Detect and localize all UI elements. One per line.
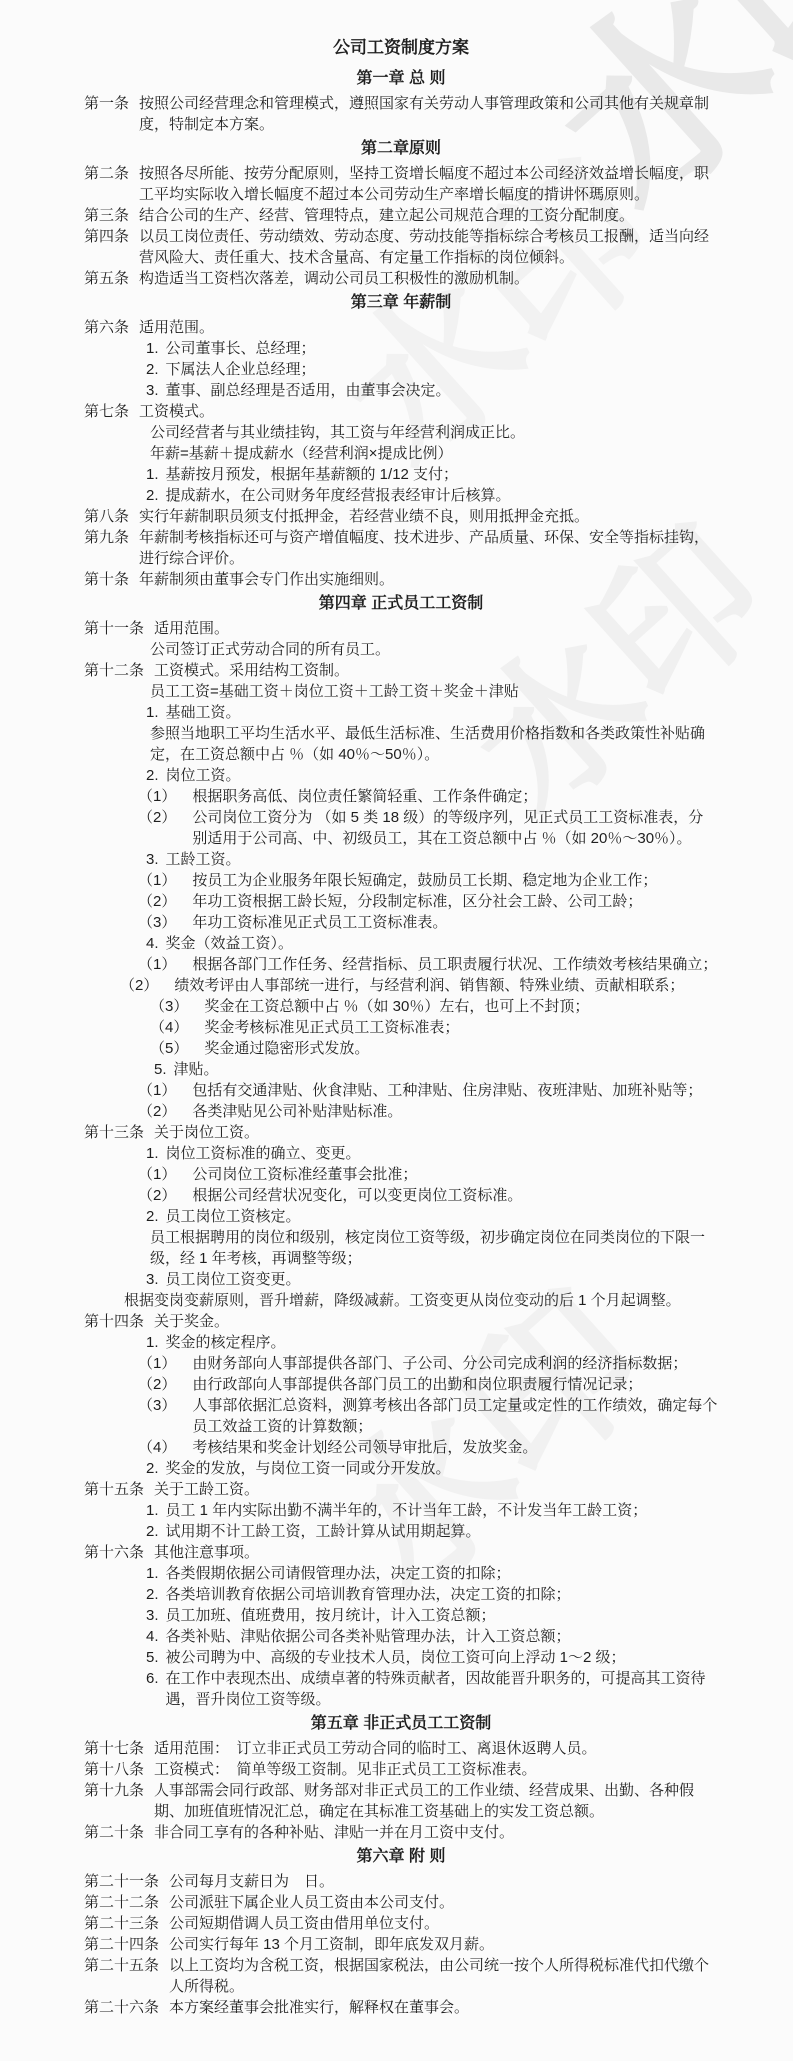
item-marker: （3）	[138, 1395, 176, 1416]
list-item: 2.各类培训教育依据公司培训教育管理办法，决定工资的扣除；	[146, 1584, 718, 1605]
article-label: 第七条	[84, 401, 129, 422]
item-marker: 2.	[146, 485, 159, 506]
article-text: 构造适当工资档次落差，调动公司员工积极性的激励机制。	[139, 268, 718, 289]
item-marker: 5.	[146, 1647, 159, 1668]
list-item: 公司签订正式劳动合同的所有员工。	[150, 639, 718, 660]
item-marker: （2）	[138, 1374, 176, 1395]
article-label: 第二十三条	[84, 1913, 159, 1934]
item-marker: （5）	[150, 1038, 188, 1059]
item-marker: 2.	[146, 1206, 159, 1227]
article-paragraph: 第三条结合公司的生产、经营、管理特点，建立起公司规范合理的工资分配制度。	[84, 205, 718, 226]
item-marker: 2.	[146, 1521, 159, 1542]
item-text: 下属法人企业总经理；	[166, 359, 718, 380]
article-label: 第十四条	[84, 1311, 144, 1332]
list-item: 2.奖金的发放，与岗位工资一同或分开发放。	[146, 1458, 718, 1479]
list-item: 员工工资=基础工资＋岗位工资＋工龄工资＋奖金＋津贴	[150, 681, 718, 702]
article-paragraph: 第八条实行年薪制职员须支付抵押金，若经营业绩不良，则用抵押金充抵。	[84, 506, 718, 527]
list-item: 5.津贴。	[154, 1059, 718, 1080]
list-item: 员工根据聘用的岗位和级别，核定岗位工资等级，初步确定岗位在同类岗位的下限一级，经…	[150, 1227, 718, 1269]
article-text: 年薪制须由董事会专门作出实施细则。	[139, 569, 718, 590]
article-paragraph: 第六条适用范围。	[84, 317, 718, 338]
item-text: 员工岗位工资变更。	[166, 1269, 718, 1290]
article-paragraph: 第一条按照公司经营理念和管理模式，遵照国家有关劳动人事管理政策和公司其他有关规章…	[84, 93, 718, 135]
list-item: 1.各类假期依据公司请假管理办法，决定工资的扣除；	[146, 1563, 718, 1584]
item-text: 奖金考核标准见正式员工工资标准表；	[204, 1017, 718, 1038]
article-paragraph: 第十五条关于工龄工资。	[84, 1479, 718, 1500]
item-text: 提成薪水，在公司财务年度经营报表经审计后核算。	[166, 485, 718, 506]
list-item: （2）由行政部向人事部提供各部门员工的出勤和岗位职责履行情况记录；	[138, 1374, 718, 1395]
item-marker: 1.	[146, 464, 159, 485]
article-paragraph: 第十八条工资模式： 简单等级工资制。见非正式员工工资标准表。	[84, 1759, 718, 1780]
article-text: 公司短期借调人员工资由借用单位支付。	[169, 1913, 718, 1934]
article-text: 工资模式： 简单等级工资制。见非正式员工工资标准表。	[154, 1759, 718, 1780]
list-item: 公司经营者与其业绩挂钩，其工资与年经营利润成正比。	[150, 422, 718, 443]
item-text: 各类补贴、津贴依据公司各类补贴管理办法，计入工资总额；	[166, 1626, 718, 1647]
item-marker: 5.	[154, 1059, 167, 1080]
list-item: 年薪=基薪＋提成薪水（经营利润×提成比例）	[150, 443, 718, 464]
item-text: 包括有交通津贴、伙食津贴、工种津贴、住房津贴、夜班津贴、加班补贴等；	[192, 1080, 718, 1101]
item-marker: 2.	[146, 1584, 159, 1605]
item-text: 根据职务高低、岗位责任繁简轻重、工作条件确定；	[192, 786, 718, 807]
article-label: 第一条	[84, 93, 129, 114]
list-item: 2.岗位工资。	[146, 765, 718, 786]
item-text: 奖金的发放，与岗位工资一同或分开发放。	[166, 1458, 718, 1479]
article-paragraph: 第十四条关于奖金。	[84, 1311, 718, 1332]
item-text: 年功工资标准见正式员工工资标准表。	[192, 912, 718, 933]
list-item: 2.下属法人企业总经理；	[146, 359, 718, 380]
list-item: 5.被公司聘为中、高级的专业技术人员，岗位工资可向上浮动 1～2 级；	[146, 1647, 718, 1668]
article-paragraph: 第十一条适用范围。	[84, 618, 718, 639]
item-text: 基薪按月预发，根据年基薪额的 1/12 支付；	[166, 464, 718, 485]
article-label: 第二十条	[84, 1822, 144, 1843]
article-label: 第二十二条	[84, 1892, 159, 1913]
article-paragraph: 第二十条非合同工享有的各种补贴、津贴一并在月工资中支付。	[84, 1822, 718, 1843]
list-item: （1）按员工为企业服务年限长短确定，鼓励员工长期、稳定地为企业工作；	[138, 870, 718, 891]
item-text: 岗位工资标准的确立、变更。	[166, 1143, 718, 1164]
list-item: 1.奖金的核定程序。	[146, 1332, 718, 1353]
item-text: 绩效考评由人事部统一进行，与经营利润、销售额、特殊业绩、贡献相联系；	[174, 975, 718, 996]
item-text: 考核结果和奖金计划经公司领导审批后，发放奖金。	[192, 1437, 718, 1458]
document-body: 公司工资制度方案 第一章 总 则第一条按照公司经营理念和管理模式，遵照国家有关劳…	[84, 36, 718, 2018]
list-item: （1）根据职务高低、岗位责任繁简轻重、工作条件确定；	[138, 786, 718, 807]
list-item: （1）由财务部向人事部提供各部门、子公司、分公司完成利润的经济指标数据；	[138, 1353, 718, 1374]
article-text: 公司每月支薪日为 日。	[169, 1871, 718, 1892]
item-marker: （4）	[150, 1017, 188, 1038]
item-marker: 1.	[146, 702, 159, 723]
item-text: 津贴。	[174, 1059, 718, 1080]
article-paragraph: 第五条构造适当工资档次落差，调动公司员工积极性的激励机制。	[84, 268, 718, 289]
article-text: 关于工龄工资。	[154, 1479, 718, 1500]
article-paragraph: 第七条工资模式。	[84, 401, 718, 422]
article-text: 以上工资均为含税工资，根据国家税法，由公司统一按个人所得税标准代扣代缴个人所得税…	[169, 1955, 718, 1997]
article-label: 第六条	[84, 317, 129, 338]
article-label: 第十七条	[84, 1738, 144, 1759]
item-marker: （2）	[138, 1185, 176, 1206]
list-item: 4.奖金（效益工资）。	[146, 933, 718, 954]
document-title: 公司工资制度方案	[84, 36, 718, 60]
item-text: 基础工资。	[166, 702, 718, 723]
article-label: 第十九条	[84, 1780, 144, 1801]
article-text: 年薪制考核指标还可与资产增值幅度、技术进步、产品质量、环保、安全等指标挂钩，进行…	[139, 527, 718, 569]
list-item: （4）奖金考核标准见正式员工工资标准表；	[150, 1017, 718, 1038]
list-item: （1）根据各部门工作任务、经营指标、员工职责履行状况、工作绩效考核结果确立；	[138, 954, 718, 975]
chapter-heading: 第六章 附 则	[84, 1846, 718, 1868]
list-item: 1.基础工资。	[146, 702, 718, 723]
item-marker: 3.	[146, 849, 159, 870]
list-item: （1）包括有交通津贴、伙食津贴、工种津贴、住房津贴、夜班津贴、加班补贴等；	[138, 1080, 718, 1101]
list-item: （3）奖金在工资总额中占 ％（如 30％）左右，也可上不封顶；	[150, 996, 718, 1017]
list-item: （2）各类津贴见公司补贴津贴标准。	[138, 1101, 718, 1122]
list-item: 3.董事、副总经理是否适用，由董事会决定。	[146, 380, 718, 401]
article-label: 第四条	[84, 226, 129, 247]
item-marker: 3.	[146, 380, 159, 401]
item-marker: 2.	[146, 359, 159, 380]
article-text: 按照各尽所能、按劳分配原则，坚持工资增长幅度不超过本公司经济效益增长幅度，职工平…	[139, 163, 718, 205]
item-marker: 1.	[146, 1563, 159, 1584]
article-label: 第十一条	[84, 618, 144, 639]
item-text: 由财务部向人事部提供各部门、子公司、分公司完成利润的经济指标数据；	[192, 1353, 718, 1374]
item-text: 董事、副总经理是否适用，由董事会决定。	[166, 380, 718, 401]
item-marker: 1.	[146, 1500, 159, 1521]
item-marker: 3.	[146, 1605, 159, 1626]
item-marker: （1）	[138, 870, 176, 891]
list-item: 2.试用期不计工龄工资，工龄计算从试用期起算。	[146, 1521, 718, 1542]
article-paragraph: 第二十三条公司短期借调人员工资由借用单位支付。	[84, 1913, 718, 1934]
article-label: 第十条	[84, 569, 129, 590]
item-marker: （2）	[138, 807, 176, 828]
item-text: 人事部依据汇总资料，测算考核出各部门员工定量或定性的工作绩效，确定每个员工效益工…	[192, 1395, 718, 1437]
list-item: （2）公司岗位工资分为 （如 5 类 18 级）的等级序列，见正式员工工资标准表…	[138, 807, 718, 849]
list-item: 6.在工作中表现杰出、成绩卓著的特殊贡献者，因故能晋升职务的，可提高其工资待遇，…	[146, 1668, 718, 1710]
item-marker: （3）	[138, 912, 176, 933]
article-label: 第五条	[84, 268, 129, 289]
item-marker: （4）	[138, 1437, 176, 1458]
item-text: 各类培训教育依据公司培训教育管理办法，决定工资的扣除；	[166, 1584, 718, 1605]
list-item: 1.公司董事长、总经理；	[146, 338, 718, 359]
item-marker: （3）	[150, 996, 188, 1017]
article-label: 第十三条	[84, 1122, 144, 1143]
list-item: （2）年功工资根据工龄长短，分段制定标准，区分社会工龄、公司工龄；	[138, 891, 718, 912]
article-paragraph: 第二十四条公司实行每年 13 个月工资制，即年底发双月薪。	[84, 1934, 718, 1955]
article-paragraph: 第二十六条本方案经董事会批准实行，解释权在董事会。	[84, 1997, 718, 2018]
article-text: 适用范围： 订立非正式员工劳动合同的临时工、离退休返聘人员。	[154, 1738, 718, 1759]
item-marker: 3.	[146, 1269, 159, 1290]
article-text: 结合公司的生产、经营、管理特点，建立起公司规范合理的工资分配制度。	[139, 205, 718, 226]
item-text: 奖金的核定程序。	[166, 1332, 718, 1353]
item-marker: 1.	[146, 1143, 159, 1164]
item-marker: （1）	[138, 1080, 176, 1101]
article-label: 第二十五条	[84, 1955, 159, 1976]
list-item: （3）年功工资标准见正式员工工资标准表。	[138, 912, 718, 933]
article-text: 关于奖金。	[154, 1311, 718, 1332]
article-text: 工资模式。采用结构工资制。	[154, 660, 718, 681]
article-text: 适用范围。	[139, 317, 718, 338]
article-label: 第十二条	[84, 660, 144, 681]
article-label: 第三条	[84, 205, 129, 226]
chapter-heading: 第三章 年薪制	[84, 292, 718, 314]
article-text: 公司实行每年 13 个月工资制，即年底发双月薪。	[169, 1934, 718, 1955]
article-label: 第八条	[84, 506, 129, 527]
article-text: 适用范围。	[154, 618, 718, 639]
item-marker: 4.	[146, 1626, 159, 1647]
article-text: 以员工岗位责任、劳动绩效、劳动态度、劳动技能等指标综合考核员工报酬，适当向经营风…	[139, 226, 718, 268]
item-text: 员工根据聘用的岗位和级别，核定岗位工资等级，初步确定岗位在同类岗位的下限一级，经…	[150, 1229, 705, 1267]
list-item: （1）公司岗位工资标准经董事会批准；	[138, 1164, 718, 1185]
item-text: 各类津贴见公司补贴津贴标准。	[192, 1101, 718, 1122]
chapter-heading: 第四章 正式员工工资制	[84, 593, 718, 615]
item-text: 奖金通过隐密形式发放。	[204, 1038, 718, 1059]
item-marker: （1）	[138, 786, 176, 807]
item-text: 在工作中表现杰出、成绩卓著的特殊贡献者，因故能晋升职务的，可提高其工资待遇，晋升…	[166, 1668, 718, 1710]
article-paragraph: 第十二条工资模式。采用结构工资制。	[84, 660, 718, 681]
item-text: 员工加班、值班费用，按月统计，计入工资总额；	[166, 1605, 718, 1626]
list-item: 4.各类补贴、津贴依据公司各类补贴管理办法，计入工资总额；	[146, 1626, 718, 1647]
chapter-heading: 第五章 非正式员工工资制	[84, 1713, 718, 1735]
article-text: 实行年薪制职员须支付抵押金，若经营业绩不良，则用抵押金充抵。	[139, 506, 718, 527]
article-label: 第二条	[84, 163, 129, 184]
article-paragraph: 第十六条其他注意事项。	[84, 1542, 718, 1563]
item-text: 员工 1 年内实际出勤不满半年的，不计当年工龄，不计发当年工龄工资；	[166, 1500, 718, 1521]
article-label: 第二十一条	[84, 1871, 159, 1892]
article-label: 第九条	[84, 527, 129, 548]
list-item: 2.员工岗位工资核定。	[146, 1206, 718, 1227]
article-label: 第二十六条	[84, 1997, 159, 2018]
item-marker: 6.	[146, 1668, 159, 1689]
item-text: 奖金（效益工资）。	[166, 933, 718, 954]
article-text: 关于岗位工资。	[154, 1122, 718, 1143]
item-marker: 4.	[146, 933, 159, 954]
article-text: 本方案经董事会批准实行，解释权在董事会。	[169, 1997, 718, 2018]
list-item: 2.提成薪水，在公司财务年度经营报表经审计后核算。	[146, 485, 718, 506]
item-text: 参照当地职工平均生活水平、最低生活标准、生活费用价格指数和各类政策性补贴确定，在…	[150, 725, 705, 763]
article-text: 工资模式。	[139, 401, 718, 422]
item-marker: （1）	[138, 954, 176, 975]
list-item: 1.基薪按月预发，根据年基薪额的 1/12 支付；	[146, 464, 718, 485]
item-text: 员工工资=基础工资＋岗位工资＋工龄工资＋奖金＋津贴	[150, 683, 519, 700]
item-text: 各类假期依据公司请假管理办法，决定工资的扣除；	[166, 1563, 718, 1584]
item-text: 按员工为企业服务年限长短确定，鼓励员工长期、稳定地为企业工作；	[192, 870, 718, 891]
item-text: 根据公司经营状况变化，可以变更岗位工资标准。	[192, 1185, 718, 1206]
item-text: 公司岗位工资标准经董事会批准；	[192, 1164, 718, 1185]
article-paragraph: 第二十一条公司每月支薪日为 日。	[84, 1871, 718, 1892]
article-label: 第二十四条	[84, 1934, 159, 1955]
article-text: 公司派驻下属企业人员工资由本公司支付。	[169, 1892, 718, 1913]
item-marker: （2）	[138, 1101, 176, 1122]
article-text: 人事部需会同行政部、财务部对非正式员工的工作业绩、经营成果、出勤、各种假期、加班…	[154, 1780, 718, 1822]
article-text: 其他注意事项。	[154, 1542, 718, 1563]
article-paragraph: 第二十二条公司派驻下属企业人员工资由本公司支付。	[84, 1892, 718, 1913]
item-text: 岗位工资。	[166, 765, 718, 786]
item-text: 由行政部向人事部提供各部门员工的出勤和岗位职责履行情况记录；	[192, 1374, 718, 1395]
item-marker: （2）	[120, 975, 158, 996]
list-item: （5）奖金通过隐密形式发放。	[150, 1038, 718, 1059]
item-marker: （1）	[138, 1164, 176, 1185]
item-text: 公司岗位工资分为 （如 5 类 18 级）的等级序列，见正式员工工资标准表，分别…	[192, 807, 718, 849]
article-text: 按照公司经营理念和管理模式，遵照国家有关劳动人事管理政策和公司其他有关规章制度，…	[139, 93, 718, 135]
list-item: 根据变岗变薪原则，晋升增薪，降级减薪。工资变更从岗位变动的后 1 个月起调整。	[124, 1290, 718, 1311]
article-paragraph: 第十条年薪制须由董事会专门作出实施细则。	[84, 569, 718, 590]
article-label: 第十八条	[84, 1759, 144, 1780]
item-text: 试用期不计工龄工资，工龄计算从试用期起算。	[166, 1521, 718, 1542]
article-paragraph: 第十七条适用范围： 订立非正式员工劳动合同的临时工、离退休返聘人员。	[84, 1738, 718, 1759]
article-text: 非合同工享有的各种补贴、津贴一并在月工资中支付。	[154, 1822, 718, 1843]
list-item: 1.员工 1 年内实际出勤不满半年的，不计当年工龄，不计发当年工龄工资；	[146, 1500, 718, 1521]
list-item: 1.岗位工资标准的确立、变更。	[146, 1143, 718, 1164]
item-text: 年薪=基薪＋提成薪水（经营利润×提成比例）	[150, 445, 453, 462]
article-label: 第十五条	[84, 1479, 144, 1500]
item-text: 公司经营者与其业绩挂钩，其工资与年经营利润成正比。	[150, 424, 525, 441]
list-item: 3.员工加班、值班费用，按月统计，计入工资总额；	[146, 1605, 718, 1626]
article-paragraph: 第四条以员工岗位责任、劳动绩效、劳动态度、劳动技能等指标综合考核员工报酬，适当向…	[84, 226, 718, 268]
article-paragraph: 第十九条人事部需会同行政部、财务部对非正式员工的工作业绩、经营成果、出勤、各种假…	[84, 1780, 718, 1822]
item-text: 年功工资根据工龄长短，分段制定标准，区分社会工龄、公司工龄；	[192, 891, 718, 912]
chapter-heading: 第二章原则	[84, 138, 718, 160]
list-item: （2）绩效考评由人事部统一进行，与经营利润、销售额、特殊业绩、贡献相联系；	[120, 975, 718, 996]
item-marker: 2.	[146, 765, 159, 786]
list-item: （2）根据公司经营状况变化，可以变更岗位工资标准。	[138, 1185, 718, 1206]
chapter-heading: 第一章 总 则	[84, 68, 718, 90]
item-text: 工龄工资。	[166, 849, 718, 870]
list-item: （4）考核结果和奖金计划经公司领导审批后，发放奖金。	[138, 1437, 718, 1458]
item-text: 员工岗位工资核定。	[166, 1206, 718, 1227]
item-marker: （1）	[138, 1353, 176, 1374]
item-marker: 1.	[146, 1332, 159, 1353]
item-text: 被公司聘为中、高级的专业技术人员，岗位工资可向上浮动 1～2 级；	[166, 1647, 718, 1668]
item-text: 奖金在工资总额中占 ％（如 30％）左右，也可上不封顶；	[204, 996, 718, 1017]
article-label: 第十六条	[84, 1542, 144, 1563]
article-paragraph: 第二十五条以上工资均为含税工资，根据国家税法，由公司统一按个人所得税标准代扣代缴…	[84, 1955, 718, 1997]
article-paragraph: 第十三条关于岗位工资。	[84, 1122, 718, 1143]
item-marker: （2）	[138, 891, 176, 912]
list-item: 参照当地职工平均生活水平、最低生活标准、生活费用价格指数和各类政策性补贴确定，在…	[150, 723, 718, 765]
article-paragraph: 第九条年薪制考核指标还可与资产增值幅度、技术进步、产品质量、环保、安全等指标挂钩…	[84, 527, 718, 569]
item-marker: 1.	[146, 338, 159, 359]
list-item: 3.工龄工资。	[146, 849, 718, 870]
item-text: 根据变岗变薪原则，晋升增薪，降级减薪。工资变更从岗位变动的后 1 个月起调整。	[124, 1292, 681, 1309]
item-text: 根据各部门工作任务、经营指标、员工职责履行状况、工作绩效考核结果确立；	[192, 954, 718, 975]
list-item: （3）人事部依据汇总资料，测算考核出各部门员工定量或定性的工作绩效，确定每个员工…	[138, 1395, 718, 1437]
item-marker: 2.	[146, 1458, 159, 1479]
article-paragraph: 第二条按照各尽所能、按劳分配原则，坚持工资增长幅度不超过本公司经济效益增长幅度，…	[84, 163, 718, 205]
item-text: 公司董事长、总经理；	[166, 338, 718, 359]
list-item: 3.员工岗位工资变更。	[146, 1269, 718, 1290]
item-text: 公司签订正式劳动合同的所有员工。	[150, 641, 390, 658]
document-page: 水印 水印 水印 水印 公司工资制度方案 第一章 总 则第一条按照公司经营理念和…	[0, 0, 793, 2061]
